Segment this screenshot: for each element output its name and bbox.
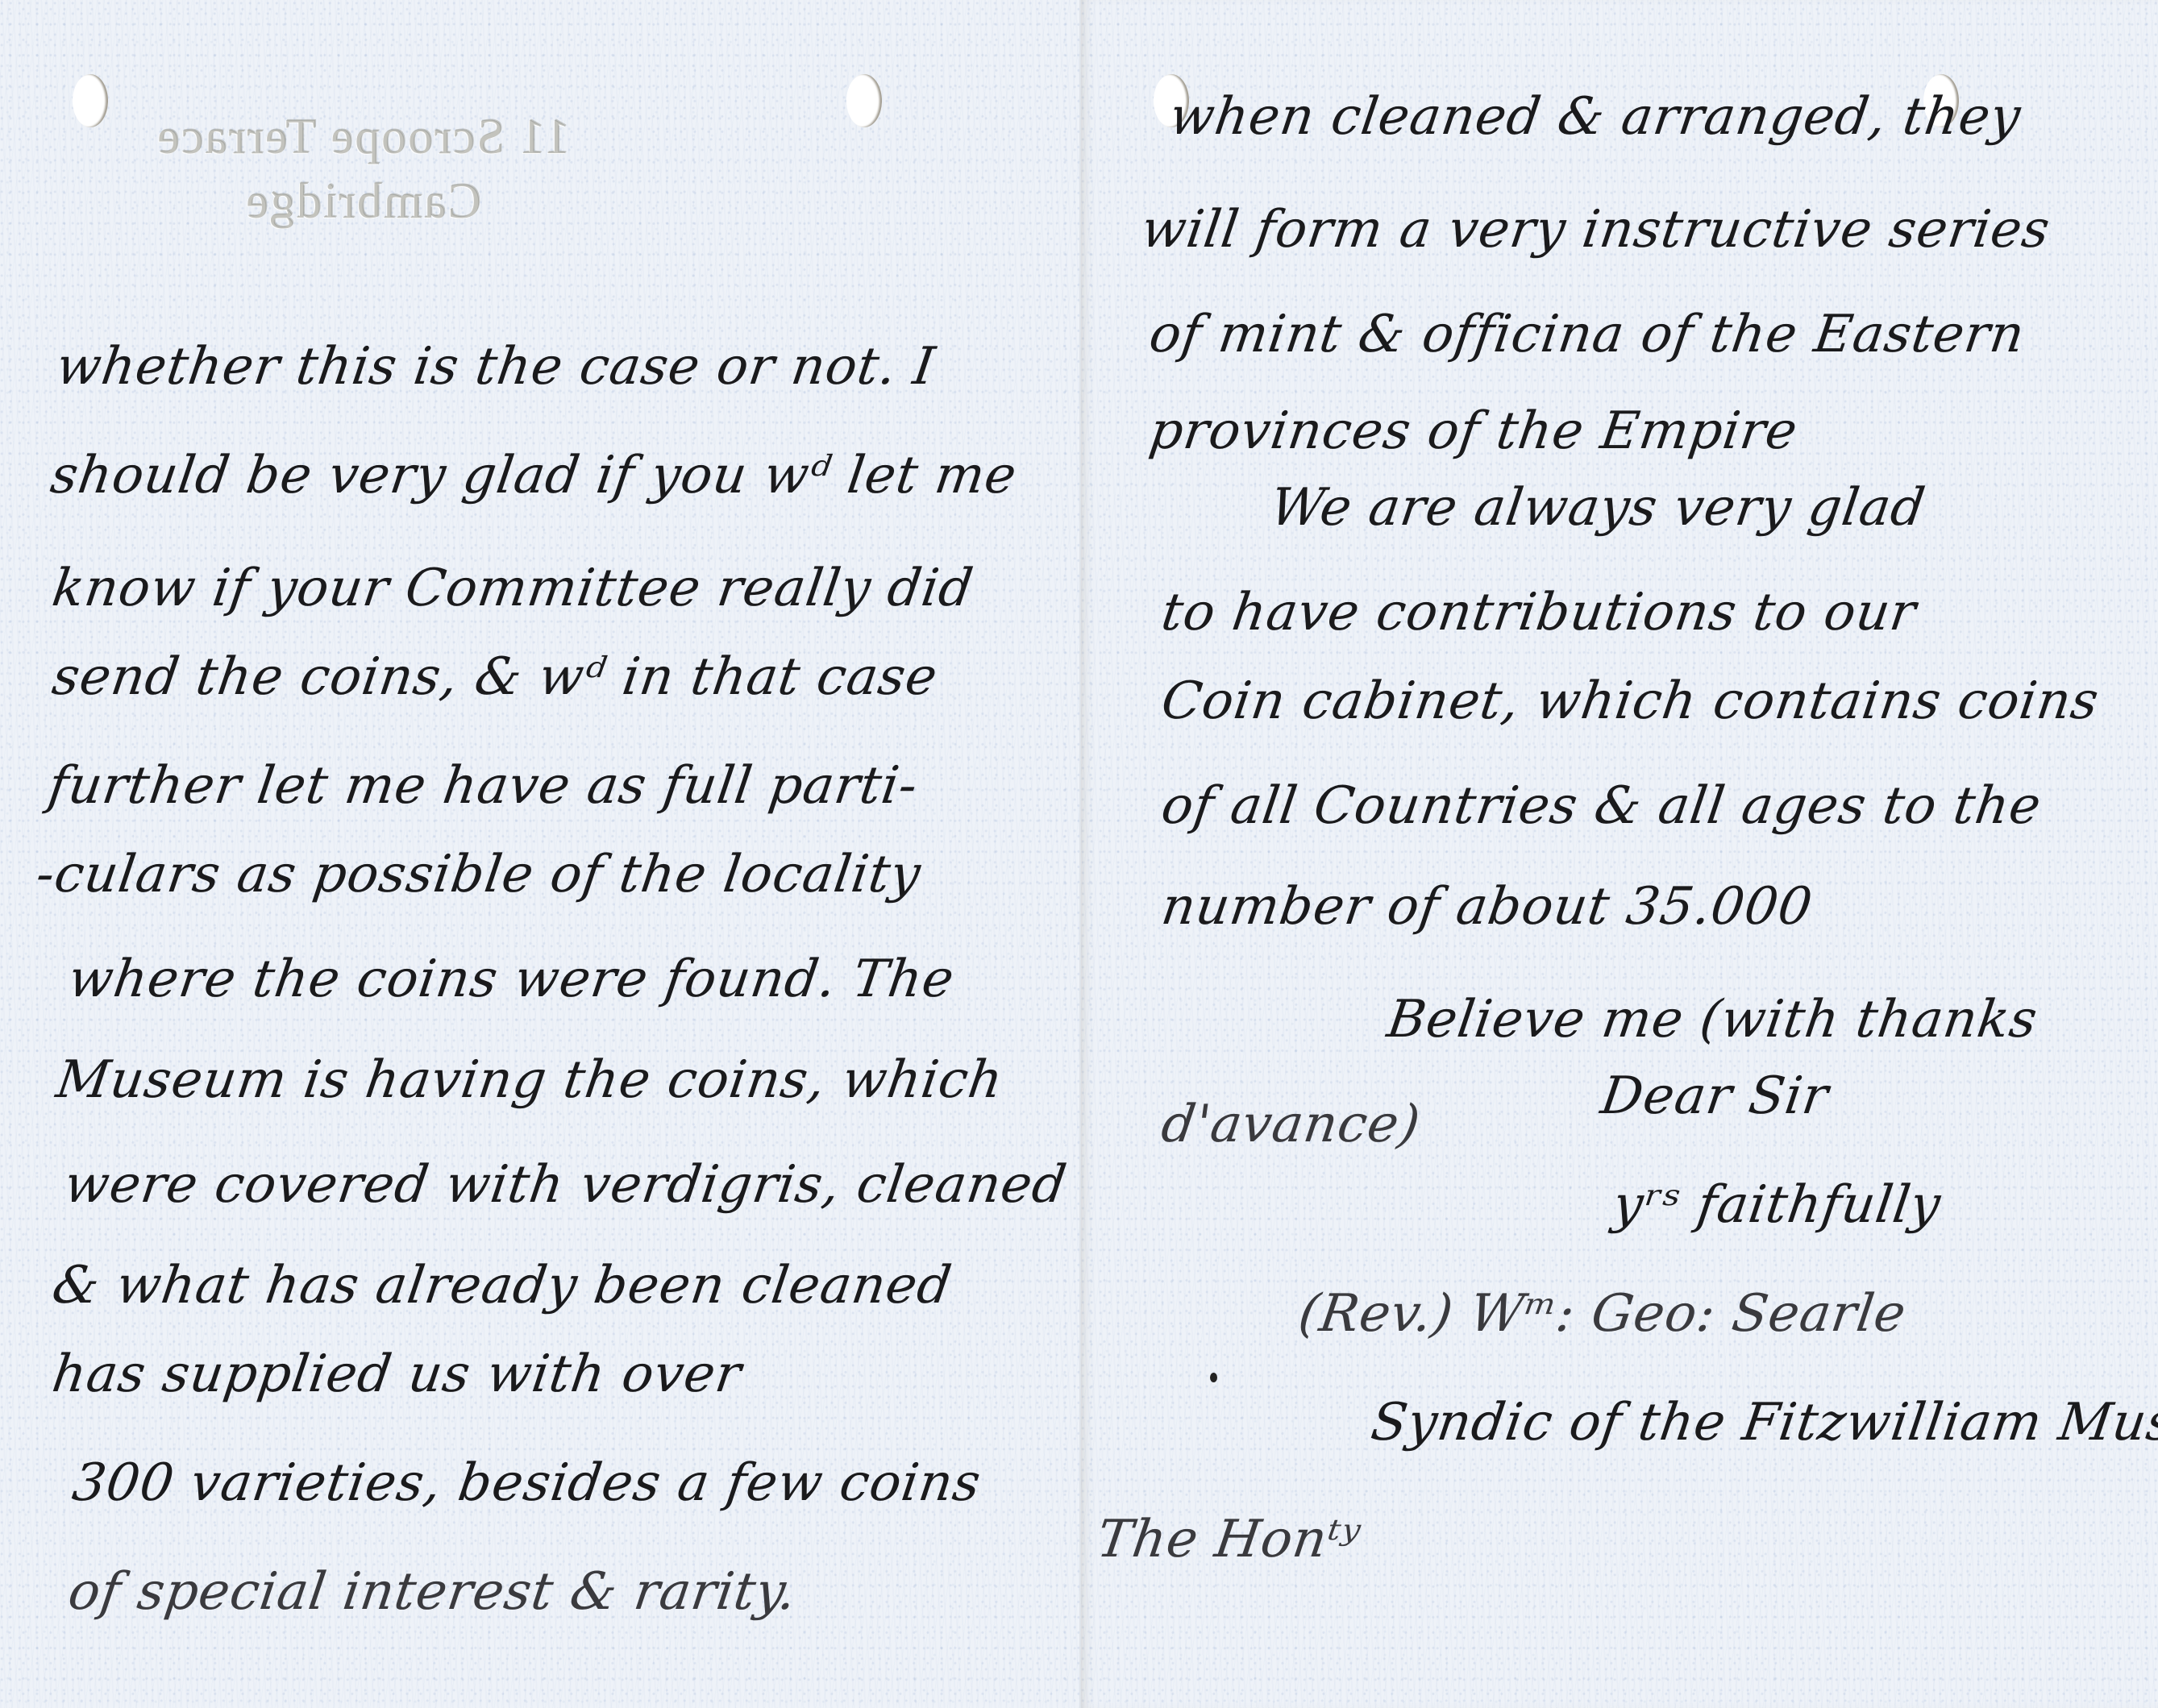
left-line-6: -culars as possible of the locality <box>32 842 925 907</box>
left-line-10: & what has already been cleaned <box>48 1253 956 1318</box>
letter-spread: 11 Scroope Terrace Cambridge whether thi… <box>0 0 2158 1708</box>
right-line-1: when cleaned & arranged, they <box>1166 85 2025 149</box>
right-line-9: number of about 35.000 <box>1158 875 1817 939</box>
closing-believe-me: Believe me (with thanks <box>1383 987 2042 1052</box>
right-line-5: We are always very glad <box>1266 476 1930 540</box>
right-line-2: will form a very instructive series <box>1137 197 2054 262</box>
punch-hole-right <box>846 74 882 127</box>
signature: (Rev.) Wᵐ: Geo: Searle <box>1295 1282 1911 1346</box>
closing-yours-faithfully: yʳˢ faithfully <box>1609 1173 1945 1237</box>
right-line-4: provinces of the Empire <box>1146 399 1802 463</box>
right-line-8: of all Countries & all ages to the <box>1158 774 2045 838</box>
right-line-7: Coin cabinet, which contains coins <box>1158 669 2103 733</box>
left-line-9: were covered with verdigris, cleaned <box>60 1153 1071 1217</box>
left-line-11: has supplied us with over <box>48 1342 746 1407</box>
left-line-1: whether this is the case or not. I <box>52 335 939 399</box>
left-page: 11 Scroope Terrace Cambridge whether thi… <box>0 0 1079 1708</box>
left-line-2: should be very glad if you wᵈ let me <box>47 443 1021 508</box>
punch-hole-left <box>73 74 108 127</box>
right-line-6: to have contributions to our <box>1158 580 1920 645</box>
left-line-13: of special interest & rarity. <box>64 1560 800 1624</box>
addressee: The Honᵗʸ <box>1093 1507 1364 1572</box>
embossed-letterhead: 11 Scroope Terrace Cambridge <box>153 105 572 234</box>
right-line-3: of mint & officina of the Eastern <box>1146 302 2029 367</box>
left-line-3: know if your Committee really did <box>48 556 978 621</box>
left-line-8: Museum is having the coins, which <box>52 1048 1007 1112</box>
letterhead-city: Cambridge <box>153 169 572 234</box>
closing-dear-sir: Dear Sir <box>1597 1064 1832 1128</box>
right-page: when cleaned & arranged, they will form … <box>1079 0 2158 1708</box>
letterhead-address: 11 Scroope Terrace <box>153 105 572 169</box>
left-line-5: further let me have as full parti- <box>44 754 922 818</box>
left-line-7: where the coins were found. The <box>64 947 958 1012</box>
left-line-12: 300 varieties, besides a few coins <box>69 1451 985 1515</box>
left-line-4: send the coins, & wᵈ in that case <box>48 645 942 709</box>
signatory-title: Syndic of the Fitzwilliam Mus. <box>1367 1390 2158 1455</box>
ink-dot <box>1210 1373 1217 1382</box>
closing-davance: d'avance) <box>1158 1092 1424 1157</box>
